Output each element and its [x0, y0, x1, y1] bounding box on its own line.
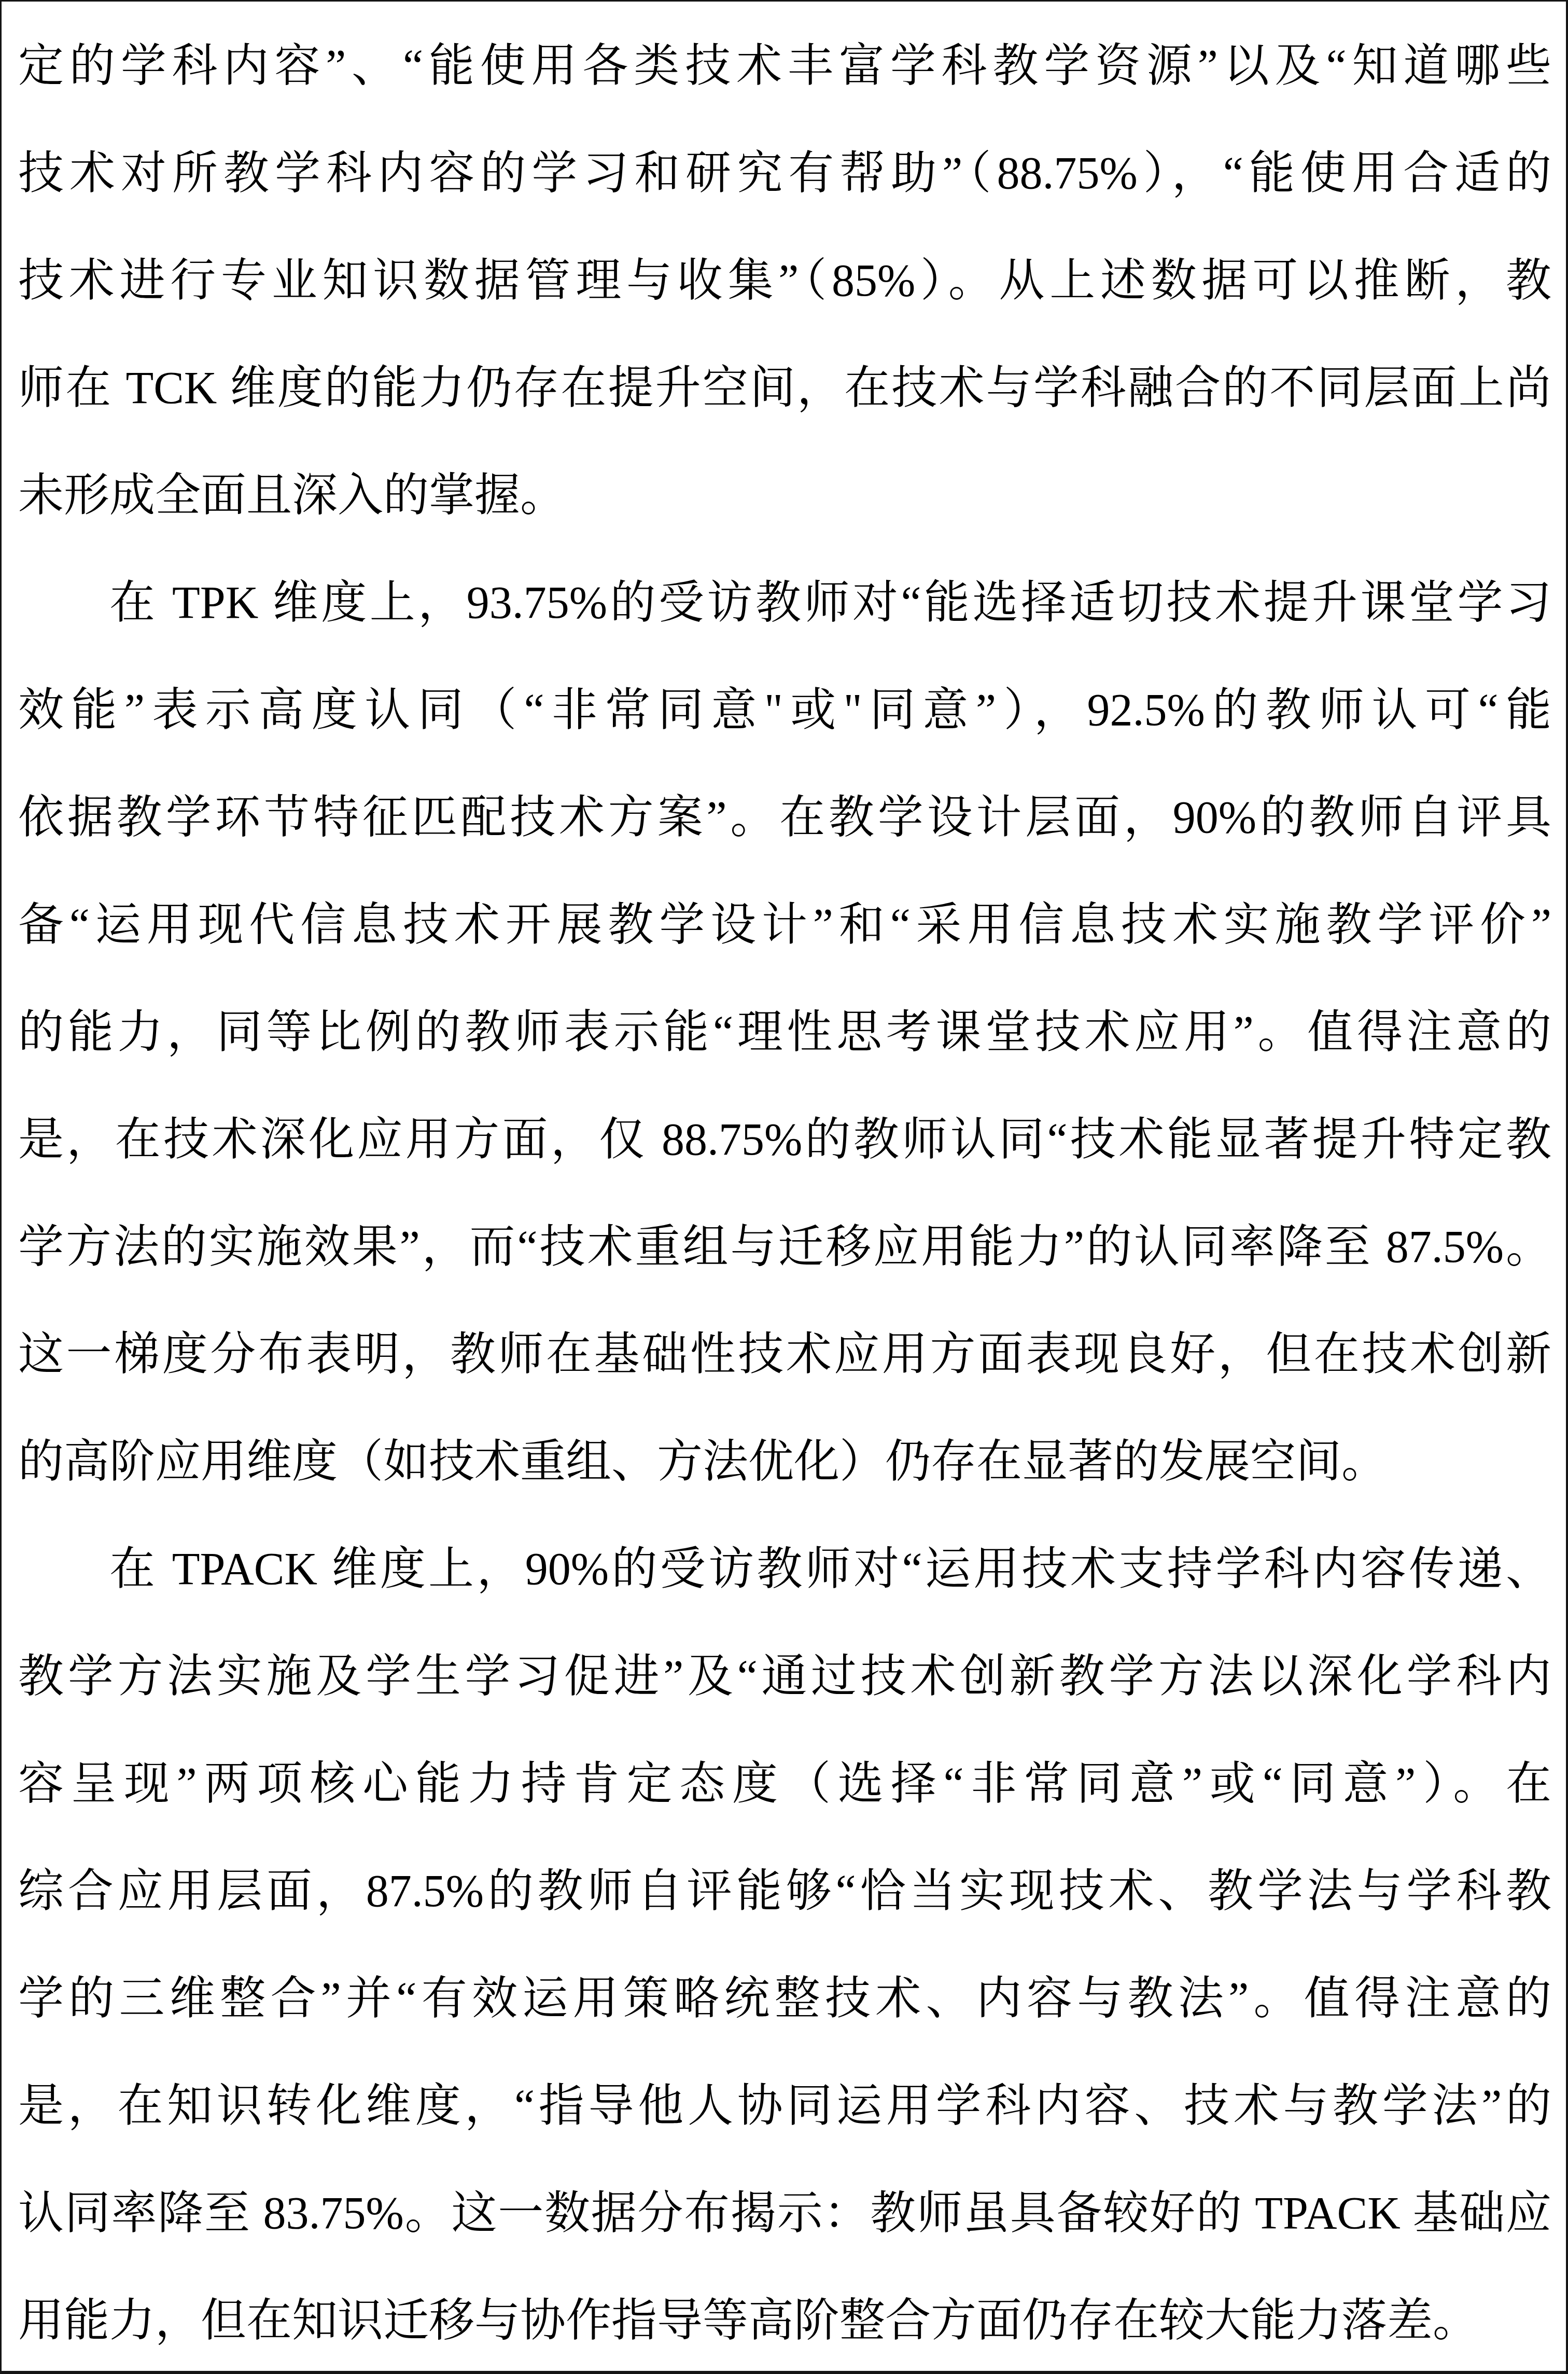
text-line: 在 TPACK 维度上，90%的受访教师对“运用技术支持学科内容传递、: [18, 1516, 1551, 1623]
text-line: 认同率降至 83.75%。这一数据分布揭示：教师虽具备较好的 TPACK 基础应: [18, 2160, 1551, 2267]
text-line: 是，在技术深化应用方面，仅 88.75%的教师认同“技术能显著提升特定教: [18, 1086, 1551, 1193]
text-line: 效能”表示高度认同（“非常同意"或"同意”），92.5%的教师认可“能: [18, 657, 1551, 764]
text-line: 在 TPK 维度上，93.75%的受访教师对“能选择适切技术提升课堂学习: [18, 549, 1551, 657]
text-line: 学方法的实施效果”，而“技术重组与迁移应用能力”的认同率降至 87.5%。: [18, 1193, 1551, 1301]
text-line: 未形成全面且深入的掌握。: [18, 442, 1551, 549]
text-line: 技术对所教学科内容的学习和研究有帮助”（88.75%），“能使用合适的: [18, 120, 1551, 227]
text-line: 的高阶应用维度（如技术重组、方法优化）仍存在显著的发展空间。: [18, 1408, 1551, 1516]
text-line: 依据教学环节特征匹配技术方案”。在教学设计层面，90%的教师自评具: [18, 764, 1551, 871]
text-line: 容呈现”两项核心能力持肯定态度（选择“非常同意”或“同意”）。在: [18, 1730, 1551, 1838]
text-line: 师在 TCK 维度的能力仍存在提升空间，在技术与学科融合的不同层面上尚: [18, 335, 1551, 442]
text-line: 教学方法实施及学生学习促进”及“通过技术创新教学方法以深化学科内: [18, 1623, 1551, 1730]
text-line: 这一梯度分布表明，教师在基础性技术应用方面表现良好，但在技术创新: [18, 1301, 1551, 1408]
text-line: 的能力，同等比例的教师表示能“理性思考课堂技术应用”。值得注意的: [18, 979, 1551, 1086]
text-line: 综合应用层面，87.5%的教师自评能够“恰当实现技术、教学法与学科教: [18, 1838, 1551, 1945]
text-line: 是，在知识转化维度，“指导他人协同运用学科内容、技术与教学法”的: [18, 2052, 1551, 2160]
text-line: 技术进行专业知识数据管理与收集”（85%）。从上述数据可以推断，教: [18, 227, 1551, 335]
text-line: 备“运用现代信息技术开展教学设计”和“采用信息技术实施教学评价”: [18, 871, 1551, 979]
document-page: 定的学科内容”、“能使用各类技术丰富学科教学资源”以及“知道哪些技术对所教学科内…: [0, 0, 1568, 2374]
document-body: 定的学科内容”、“能使用各类技术丰富学科教学资源”以及“知道哪些技术对所教学科内…: [18, 12, 1551, 2371]
text-line: 用能力，但在知识迁移与协作指导等高阶整合方面仍存在较大能力落差。: [18, 2267, 1551, 2374]
text-line: 学的三维整合”并“有效运用策略统整技术、内容与教法”。值得注意的: [18, 1945, 1551, 2052]
text-line: 定的学科内容”、“能使用各类技术丰富学科教学资源”以及“知道哪些: [18, 12, 1551, 120]
